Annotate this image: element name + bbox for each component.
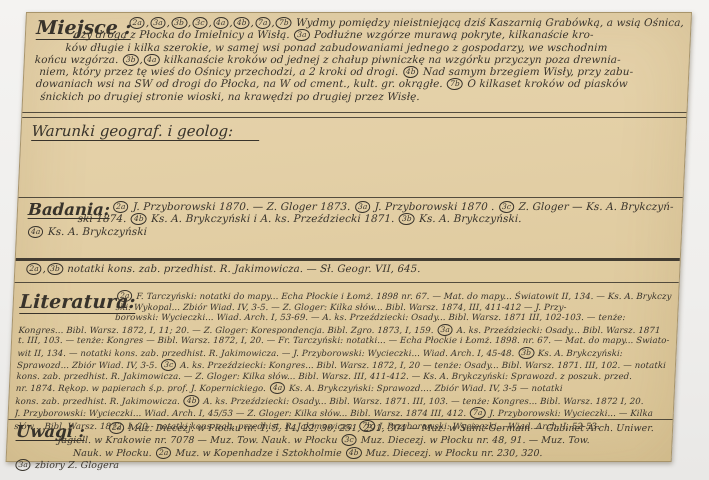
circled-ref: 3b — [123, 54, 139, 66]
section-heading-miejsce: Miejsce : — [36, 19, 132, 40]
section-heading-badania: Badania: — [28, 201, 111, 219]
handwritten-line: 4a Ks. A. Brykczyński — [27, 226, 676, 238]
circled-ref: 4a — [213, 17, 229, 29]
circled-ref: 4b — [403, 66, 419, 78]
circled-ref: 4a — [144, 54, 160, 66]
handwritten-line: dowaniach wsi na SW od drogi do Płocka, … — [33, 78, 682, 90]
circled-ref: 3b — [399, 213, 415, 225]
handwritten-line: Kongres... Bibl. Warsz. 1872, I, 11; 20.… — [18, 324, 671, 337]
section-uwagi: Uwagi : 2a Muz. Diecezj. w Płocku nr. 1,… — [14, 422, 666, 472]
circled-ref: 3b — [47, 263, 63, 275]
handwritten-line: 3a zbiory Z. Glogera — [14, 459, 665, 471]
circled-ref: 4a — [269, 382, 285, 394]
handwritten-line: 2a Muz. Diecezj. w Płocku nr. 1, 5, 14, … — [16, 422, 667, 434]
horizontal-rule — [22, 112, 686, 113]
circled-ref: 3a — [15, 459, 31, 471]
circled-ref: 4b — [184, 395, 200, 407]
circled-ref: 2a — [113, 201, 129, 213]
circled-ref: 3b — [171, 17, 187, 29]
horizontal-rule — [19, 197, 683, 198]
index-card: Miejsce : 2a,3a,3b,3c,4a,4b,7a,7b Wydmy … — [6, 12, 692, 462]
handwritten-line: nr. 1874. Rękop. w papierach ś.p. prof. … — [16, 382, 669, 395]
handwritten-line: Nauk. w Płocku. 2a Muz. w Kopenhadze i S… — [15, 447, 666, 459]
circled-ref: 2a — [26, 263, 42, 275]
handwritten-line: końcu wzgórza. 3b,4a kilkanaście kroków … — [35, 54, 684, 66]
handwritten-line: dzy drogą z Płocka do Imielnicy a Wisłą.… — [36, 29, 685, 41]
circled-ref: 4b — [234, 17, 250, 29]
scan-background: Miejsce : 2a,3a,3b,3c,4a,4b,7a,7b Wydmy … — [0, 0, 709, 480]
circled-ref: 3a — [355, 201, 371, 213]
handwritten-line: t. III, 103. — tenże: Kongres — Bibl. Wa… — [18, 336, 670, 347]
section-literatura: Literatura: 2a F. Tarczyński: notatki do… — [14, 290, 672, 433]
circled-ref: 3c — [499, 201, 515, 213]
horizontal-rule — [8, 419, 672, 420]
handwritten-line: borowski: Wycieczki... Wiad. Arch. I, 53… — [19, 313, 671, 324]
handwritten-line: Sprawozd... Zbiór Wiad. IV, 3-5. 3c A. k… — [17, 359, 670, 372]
circled-ref: 7b — [447, 78, 463, 90]
handwritten-line: śnickich po drugiej stronie wioski, na k… — [33, 91, 682, 103]
horizontal-rule — [15, 282, 679, 283]
circled-ref: 4a — [28, 226, 44, 238]
circled-ref: 2a — [156, 447, 172, 459]
handwritten-line: ski 1874. 4b Ks. A. Brykczyński i A. ks.… — [27, 213, 676, 225]
handwritten-line: 2a J. Przyborowski 1870. — Z. Gloger 187… — [28, 201, 677, 213]
handwritten-line: 2a,3a,3b,3c,4a,4b,7a,7b Wydmy pomiędzy n… — [36, 17, 685, 29]
handwritten-line: Jagiell. w Krakowie nr. 7078 — Muz. Tow.… — [15, 434, 666, 446]
section-badania: Badania: 2a J. Przyborowski 1870. — Z. G… — [27, 201, 677, 238]
circled-ref: 3c — [341, 434, 357, 446]
handwritten-line: wit II, 134. — notatki kons. zab. przedh… — [17, 347, 670, 360]
circled-ref: 7b — [276, 17, 292, 29]
section-miejsce: Miejsce : 2a,3a,3b,3c,4a,4b,7a,7b Wydmy … — [33, 17, 685, 103]
circled-ref: 3a — [150, 17, 166, 29]
circled-ref: 3b — [518, 347, 534, 359]
circled-ref: 3c — [161, 359, 177, 371]
section-heading-warunki: Warunki geograf. i geolog: — [31, 124, 259, 141]
circled-ref: 2a — [109, 422, 125, 434]
section-warunki: Warunki geograf. i geolog: — [31, 121, 680, 141]
circled-ref: 3a — [294, 29, 310, 41]
section-heading-uwagi: Uwagi : — [16, 423, 86, 441]
circled-ref: 4b — [346, 447, 362, 459]
section-heading-literatura: Literatura: — [19, 293, 136, 314]
horizontal-rule — [16, 258, 680, 261]
handwritten-line: kons. zab. przedhist. R. Jakimowicza. 4b… — [15, 395, 668, 408]
circled-ref: 3c — [192, 17, 208, 29]
handwritten-line: ków długie i kilka szerokie, w samej wsi… — [35, 42, 684, 54]
circled-ref: 4b — [131, 213, 147, 225]
section-notatki: 2a,3b notatki kons. zab. przedhist. R. J… — [25, 263, 674, 275]
handwritten-line: kons. zab. przedhist. R. Jakimowicza. — … — [16, 372, 668, 383]
circled-ref: 3a — [437, 324, 453, 336]
handwritten-line: niem, który przez tę wieś do Ośnicy prze… — [34, 66, 683, 78]
circled-ref: 7a — [470, 407, 486, 419]
handwritten-line: 2a,3b notatki kons. zab. przedhist. R. J… — [25, 263, 674, 275]
circled-ref: 7a — [255, 17, 271, 29]
horizontal-rule — [22, 117, 686, 118]
